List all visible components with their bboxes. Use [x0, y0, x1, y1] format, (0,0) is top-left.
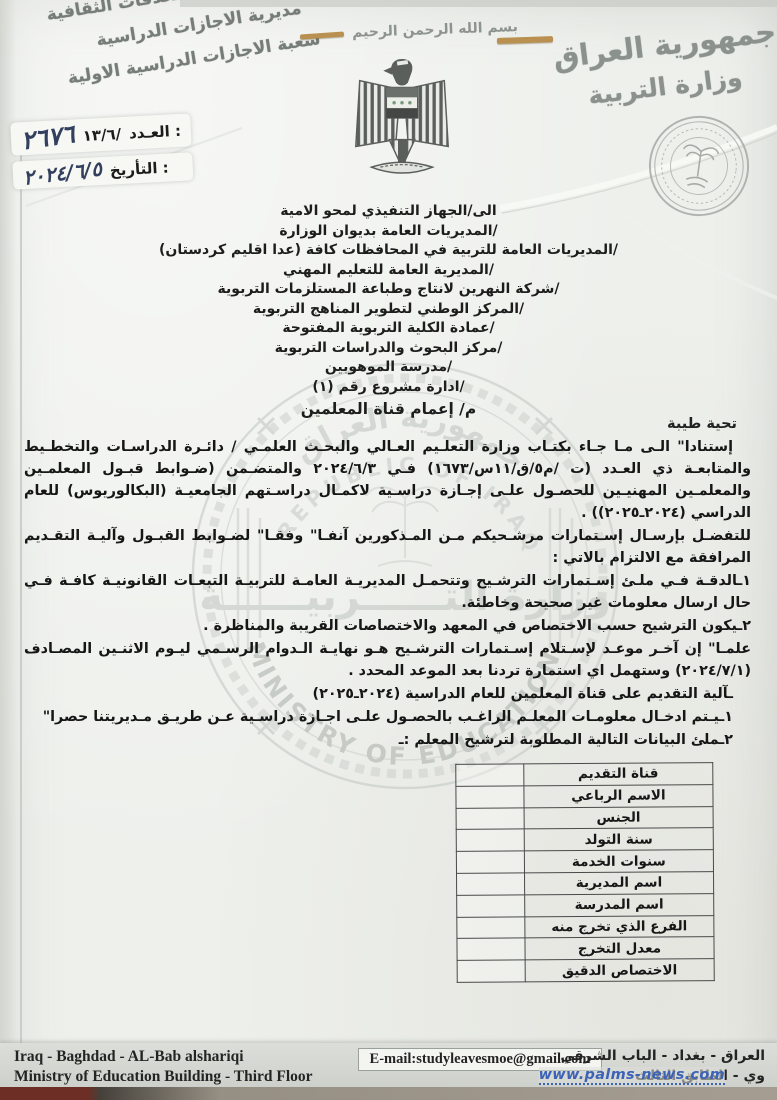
date-label: التأريخ :	[109, 159, 169, 180]
footer-address-english: Iraq - Baghdad - AL-Bab alshariqi Minist…	[14, 1047, 313, 1087]
field-label-years-of-service: سنوات الخدمة	[524, 850, 713, 873]
recipient-line: /عمادة الكلية التربوية المفتوحة	[60, 319, 717, 339]
table-row: الفرع الذي تخرج منه	[457, 915, 714, 939]
recipient-line: /المركز الوطني لتطوير المناهج التربوية	[60, 300, 717, 320]
table-row: معدل التخرج	[457, 937, 714, 961]
staple-mark-right	[497, 36, 553, 44]
footer-en-line1: Iraq - Baghdad - AL-Bab alshariqi	[14, 1047, 313, 1067]
body-note-deadline: علمـا" إن آخـر موعـد لإسـتلام إسـتمارات …	[24, 638, 751, 682]
body-step-2-fill-data: ٢ـملئ البيانات التالية المطلوبة لترشيح ا…	[24, 729, 751, 751]
field-label-exact-specialization: الاختصاص الدقيق	[525, 959, 714, 982]
table-row: اسم المدرسة	[457, 893, 714, 917]
subject-line: م/ إعمام قناة المعلمين	[60, 400, 717, 420]
document-number-row: العـدد : ١٣/٦/ ٢٦٧٦	[10, 113, 192, 155]
field-value-blank	[456, 851, 524, 873]
state-titles-block: جمهورية العراق وزارة التربية	[551, 15, 773, 114]
field-label-full-name: الاسم الرباعي	[524, 784, 713, 807]
department-stamp-block: المديرية العامة للعلاقات الثقافية مديرية…	[16, 0, 328, 108]
field-label-birth-year: سنة التولد	[524, 828, 713, 851]
letter-body: إستنادا" الـى مـا جـاء بكتـاب وزارة التع…	[24, 436, 751, 752]
document-date-row: التأريخ : ٢٠٢٤/٦/٥	[12, 152, 193, 189]
body-point-1-accuracy: ١ـالدقـة فـي ملـئ إسـتمارات الترشـيح وتت…	[24, 570, 751, 614]
table-row: سنوات الخدمة	[456, 850, 713, 874]
field-value-blank	[457, 938, 525, 960]
field-value-blank	[456, 808, 524, 830]
field-label-graduation-average: معدل التخرج	[525, 937, 714, 960]
recipient-line: /المديريات العامة للتربية في المحافظات ك…	[60, 241, 717, 261]
recipients-list: الى/الجهاز التنفيذي لمحو الامية /المديري…	[60, 202, 717, 420]
date-handwritten-value: ٢٠٢٤/٦/٥	[22, 156, 103, 189]
nomination-form-table: قناة التقديم الاسم الرباعي الجنس سنة الت…	[455, 762, 715, 983]
scanned-letter-page: جمهورية العراق REPUBLIC OF IRAQ وزارة ال…	[0, 0, 777, 1100]
table-row: اسم المديرية	[457, 872, 714, 896]
field-value-blank	[457, 917, 525, 939]
iraq-eagle-emblem	[343, 52, 461, 180]
body-paragraph-request: للتفضـل بإرسـال إسـتمارات مرشـحيكم مـن ا…	[24, 525, 751, 569]
field-label-gender: الجنس	[524, 806, 713, 829]
greeting-text: تحية طيبة	[667, 416, 737, 432]
body-point-2-specialization: ٢ـيكون الترشيح حسب الاختصاص في المعهد وا…	[24, 615, 751, 637]
field-label-graduation-branch: الفرع الذي تخرج منه	[525, 915, 714, 938]
palms-news-watermark: www.palms-news.com	[539, 1067, 725, 1085]
recipient-line: الى/الجهاز التنفيذي لمحو الامية	[60, 202, 717, 222]
scan-bottom-edge	[0, 1087, 777, 1100]
table-row: سنة التولد	[456, 828, 713, 852]
table-row: الاختصاص الدقيق	[457, 959, 714, 983]
body-application-mechanism: ـآلية التقديم على قناة المعلمين للعام ال…	[24, 683, 751, 705]
paper-fold-line	[20, 130, 22, 1080]
footer-band: Iraq - Baghdad - AL-Bab alshariqi Minist…	[0, 1043, 777, 1090]
number-label: العـدد :	[129, 121, 182, 142]
recipient-line: /المديرية العامة للتعليم المهني	[60, 261, 717, 281]
field-value-blank	[456, 764, 524, 786]
recipient-line: /شركة النهرين لانتاج وطباعة المستلزمات ا…	[60, 280, 717, 300]
field-label-school-name: اسم المدرسة	[524, 893, 713, 916]
field-value-blank	[457, 960, 525, 982]
recipient-line: /مدرسة الموهوبين	[60, 358, 717, 378]
body-paragraph-basis: إستنادا" الـى مـا جـاء بكتـاب وزارة التع…	[24, 436, 751, 524]
footer-en-line2: Ministry of Education Building - Third F…	[14, 1067, 313, 1087]
recipient-line: /ادارة مشروع رقم (١)	[60, 378, 717, 398]
body-step-1-entry: ١ـيـتم ادخـال معلومـات المعلـم الراغـب ب…	[24, 706, 751, 728]
table-row: قناة التقديم	[456, 763, 713, 787]
number-date-block: العـدد : ١٣/٦/ ٢٦٧٦ التأريخ : ٢٠٢٤/٦/٥	[10, 113, 194, 195]
field-value-blank	[457, 873, 525, 895]
field-value-blank	[456, 786, 524, 808]
field-value-blank	[456, 829, 524, 851]
table-row: الجنس	[456, 806, 713, 830]
field-value-blank	[457, 895, 525, 917]
recipient-line: /مركز البحوث والدراسات التربوية	[60, 339, 717, 359]
number-printed-value: ١٣/٦/	[82, 124, 121, 144]
field-label-application-channel: قناة التقديم	[524, 763, 713, 786]
field-label-directorate-name: اسم المديرية	[524, 872, 713, 895]
footer-ar-line1: العراق - بغداد - الباب الشرقي	[560, 1046, 765, 1066]
number-handwritten-value: ٢٦٧٦	[19, 119, 76, 155]
recipient-line: /المديريات العامة بديوان الوزارة	[60, 222, 717, 242]
table-row: الاسم الرباعي	[456, 784, 713, 808]
